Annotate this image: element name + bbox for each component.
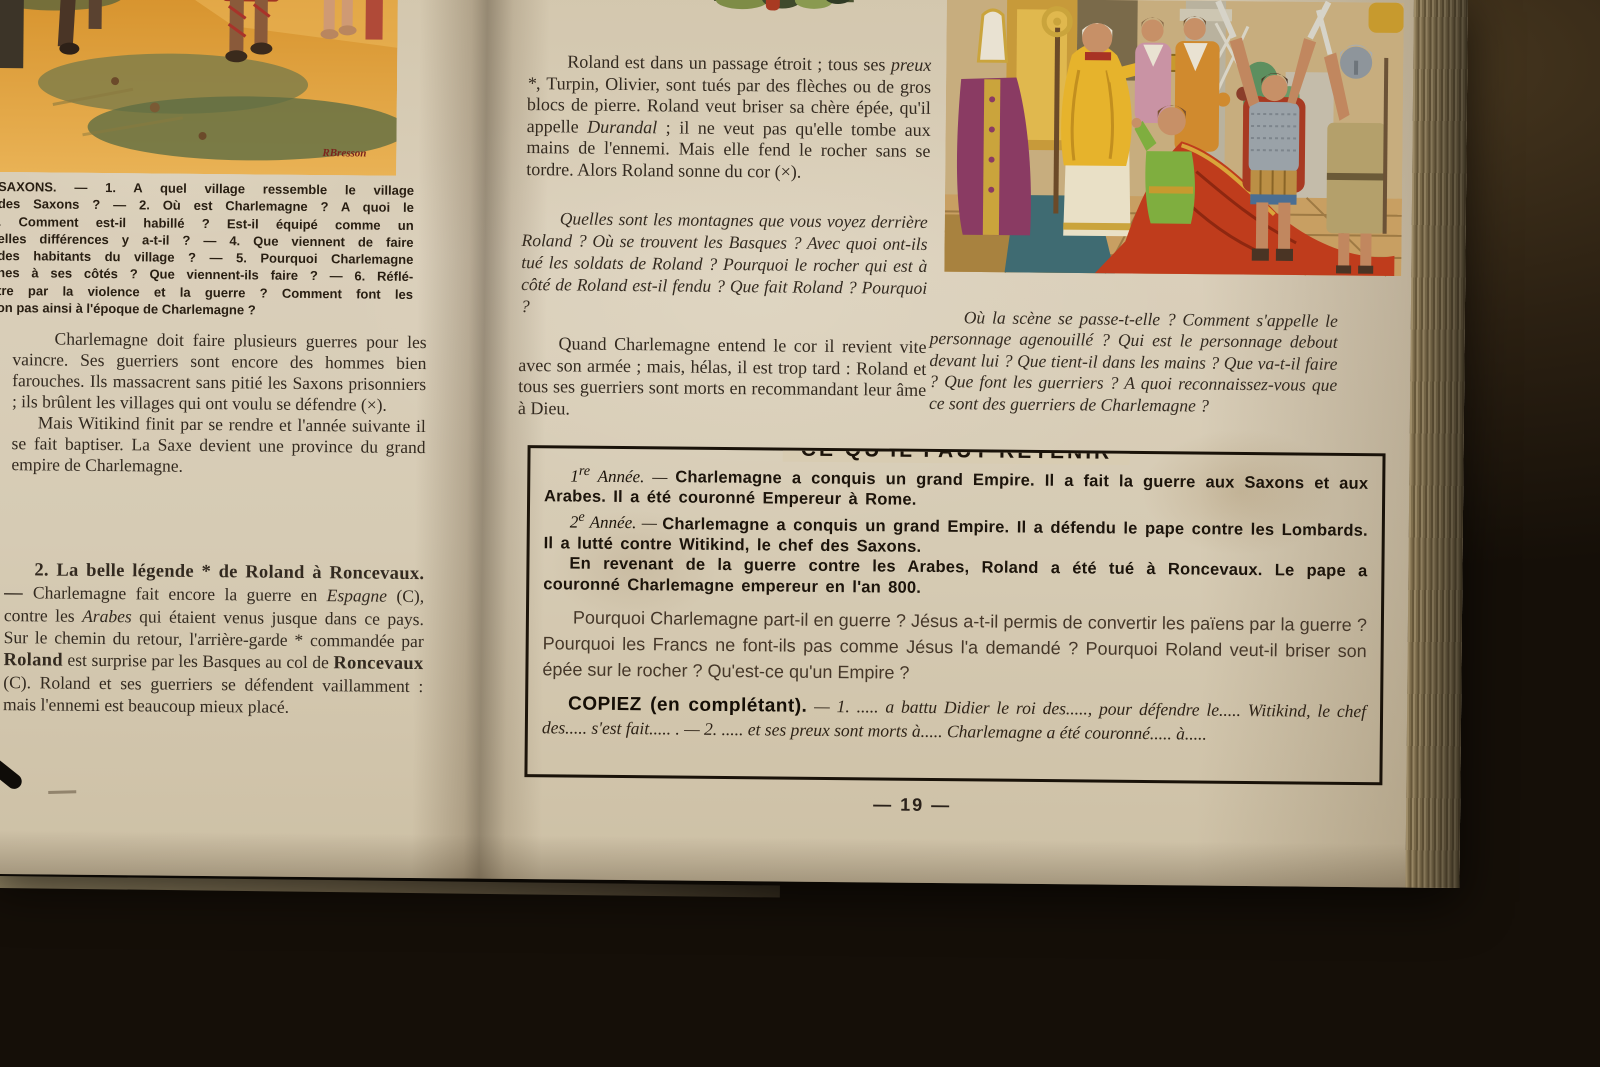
page-stack-right-edge: [1405, 0, 1468, 888]
coronation-illustration-art: [944, 0, 1404, 281]
paragraph-charlemagne-horn: Quand Charlemagne entend le cor il revie…: [518, 333, 927, 423]
book-gutter-shadow: [411, 0, 550, 879]
left-page-questions-block: SAXONS. — 1. A quel village ressemble le…: [0, 178, 414, 320]
faint-dash-mark: [48, 790, 76, 794]
open-book: RBresson SAXONS. — 1. A quel village res…: [0, 0, 1468, 888]
paragraph-saxon-wars: Charlemagne doit faire plusieurs guerres…: [12, 328, 427, 416]
copiez-label: COPIEZ (en complétant).: [568, 694, 807, 717]
illustrator-signature: RBresson: [322, 147, 366, 159]
top-illustration-fragment: [714, 0, 854, 20]
questions-roland-mountains: Quelles sont les montagnes que vous voye…: [521, 207, 928, 321]
retenir-box-title: CE QU'IL FAUT RETENIR: [783, 445, 1131, 465]
retenir-summary-box: CE QU'IL FAUT RETENIR 1re Année. — Charl…: [524, 445, 1385, 785]
saxon-village-illustration: RBresson: [0, 0, 398, 176]
left-page-paragraphs: Charlemagne doit faire plusieurs guerres…: [11, 328, 426, 479]
page-number: — 19 —: [472, 791, 1352, 820]
retenir-year2: 2e Année. — Charlemagne a conquis un gra…: [544, 507, 1368, 562]
copiez-exercise: COPIEZ (en complétant). — 1. ..... a bat…: [542, 693, 1366, 748]
paragraph-witikind: Mais Witikind finit par se rendre et l'a…: [11, 412, 426, 479]
questions-coronation-picture: Où la scène se passe-t-elle ? Comment s'…: [929, 306, 1338, 417]
coronation-illustration: [944, 0, 1404, 281]
paragraph-roland-durandal: Roland est dans un passage étroit ; tous…: [526, 51, 931, 184]
section-roland-roncevaux: 2. La belle légende * de Roland à Roncev…: [3, 558, 424, 719]
top-fragment-art: [714, 0, 854, 20]
retenir-year1: 1re Année. — Charlemagne a conquis un gr…: [544, 460, 1368, 515]
pen-tip-shadow: [0, 755, 25, 792]
retenir-roncevaux: En revenant de la guerre contre les Arab…: [543, 554, 1367, 603]
retenir-questions: Pourquoi Charlemagne part-il en guerre ?…: [542, 605, 1367, 691]
photo-of-open-textbook: RBresson SAXONS. — 1. A quel village res…: [0, 0, 1600, 1067]
